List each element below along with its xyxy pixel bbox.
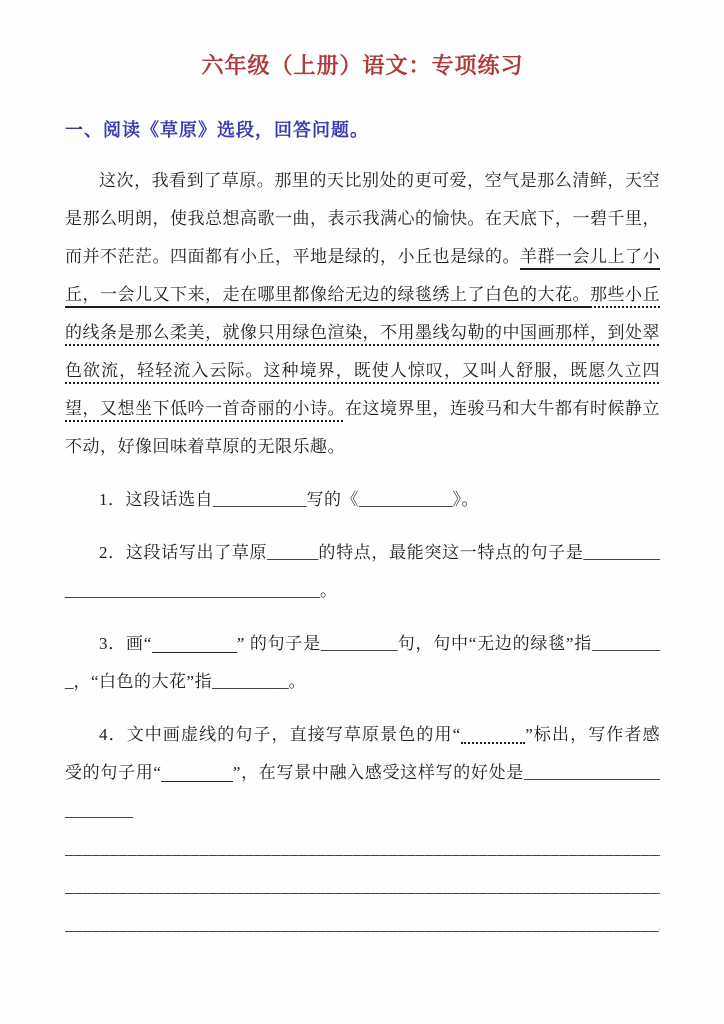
answer-line: ________________________________________… xyxy=(65,868,660,906)
blank-underscores: _________ xyxy=(321,634,398,653)
question-4: 4．文中画虚线的句子，直接写草原景色的用“”标出，写作者感受的句子用“”，在写景… xyxy=(65,716,660,830)
text-run: ，“白色的大花”指 xyxy=(74,672,213,691)
question-2: 2．这段话写出了草原______的特点，最能突这一特点的句子是_________… xyxy=(65,534,660,610)
text-run: 1．这段话选自 xyxy=(99,490,213,509)
text-run: 。 xyxy=(289,672,307,691)
questions: 1．这段话选自___________写的《___________》。2．这段话写… xyxy=(65,481,660,830)
text-run: 的特点，最能突这一特点的句子是 xyxy=(318,543,583,562)
text-run: 。 xyxy=(320,581,338,600)
answer-line: ________________________________________… xyxy=(65,830,660,868)
solid-blank-line xyxy=(161,766,232,782)
passage: 这次，我看到了草原。那里的天比别处的更可爱，空气是那么清鲜，天空是那么明朗，使我… xyxy=(65,162,660,466)
text-run: 4．文中画虚线的句子，直接写草原景色的用“ xyxy=(99,725,461,744)
answer-line: ________________________________________… xyxy=(65,906,660,944)
text-run: 》。 xyxy=(453,490,480,509)
text-run: ” 的句子是 xyxy=(237,634,321,653)
blank-underscores: ___________ xyxy=(359,490,453,509)
blank-underscores: _________ xyxy=(212,672,289,691)
text-run: 2．这段话写出了草原 xyxy=(99,543,267,562)
text-run: 3．画“ xyxy=(99,634,152,653)
answer-lines: ________________________________________… xyxy=(65,830,660,944)
blank-underscores: ___________ xyxy=(213,490,307,509)
text-run: 写的《 xyxy=(307,490,360,509)
worksheet: 六年级（上册）语文：专项练习 一、阅读《草原》选段，回答问题。 这次，我看到了草… xyxy=(0,0,724,1024)
section-heading: 一、阅读《草原》选段，回答问题。 xyxy=(65,118,660,142)
text-run: 句，句中“无边的绿毯”指 xyxy=(397,634,592,653)
question-1: 1．这段话选自___________写的《___________》。 xyxy=(65,481,660,519)
blank-underscores: ______ xyxy=(267,543,318,562)
solid-blank-line xyxy=(152,637,237,653)
dashed-blank-line xyxy=(461,727,526,744)
page-title: 六年级（上册）语文：专项练习 xyxy=(65,50,660,82)
worksheet-content: 六年级（上册）语文：专项练习 一、阅读《草原》选段，回答问题。 这次，我看到了草… xyxy=(0,0,724,944)
text-run: ”，在写景中融入感受这样写的好处是 xyxy=(233,763,524,782)
question-3: 3．画“” 的句子是_________句，句中“无边的绿毯”指_________… xyxy=(65,625,660,701)
